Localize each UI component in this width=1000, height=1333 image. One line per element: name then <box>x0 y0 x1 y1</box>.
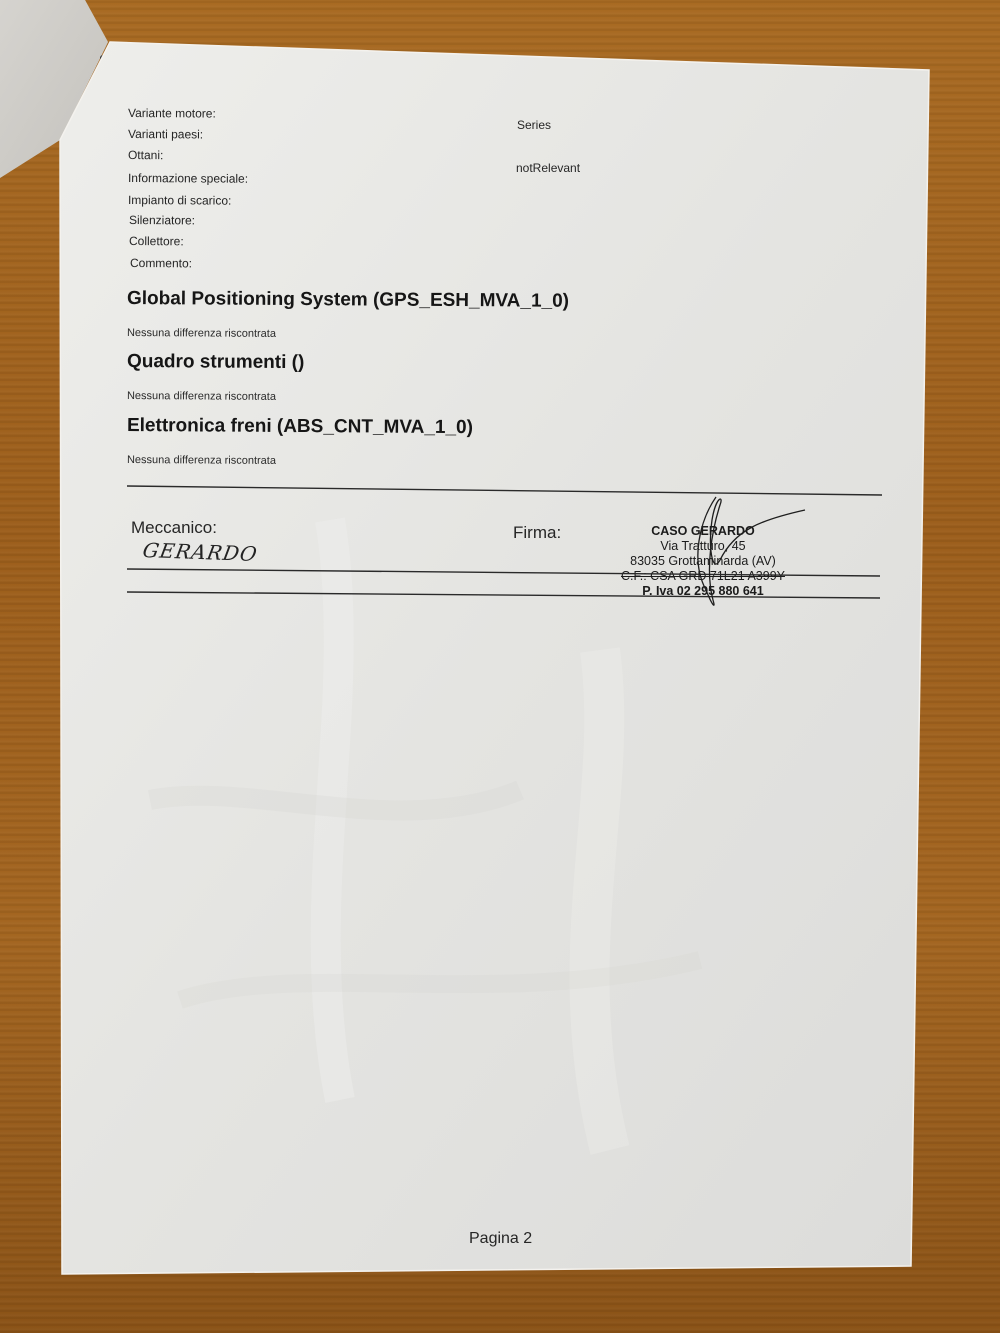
section-note-quadro-strumenti: Nessuna differenza riscontrata <box>127 390 276 403</box>
field-label-commento: Commento: <box>130 256 192 270</box>
mechanic-label: Meccanico: <box>131 518 217 538</box>
signature-label: Firma: <box>513 523 561 543</box>
page-number: Pagina 2 <box>469 1230 532 1248</box>
field-label-collettore: Collettore: <box>129 234 184 248</box>
mechanic-handwritten-name: GERARDO <box>141 538 260 566</box>
field-label-informazione-speciale: Informazione speciale: <box>128 171 248 186</box>
section-note-gps: Nessuna differenza riscontrata <box>127 327 276 340</box>
section-title-quadro-strumenti: Quadro strumenti () <box>127 351 304 374</box>
section-title-elettronica-freni: Elettronica freni (ABS_CNT_MVA_1_0) <box>127 415 473 439</box>
field-label-ottani: Ottani: <box>128 148 163 162</box>
document-page: Variante motore: Varianti paesi: Series … <box>0 0 1000 1333</box>
field-label-impianto-di-scarico: Impianto di scarico: <box>128 193 231 208</box>
field-value-varianti-paesi: Series <box>517 118 551 132</box>
field-value-informazione-speciale: notRelevant <box>516 161 580 175</box>
field-label-silenziatore: Silenziatore: <box>129 213 195 227</box>
field-label-variante-motore: Variante motore: <box>128 106 216 121</box>
stamp-tax-code: C.F.: CSA GRD 71L21 A399Y <box>598 569 808 584</box>
field-label-varianti-paesi: Varianti paesi: <box>128 127 203 141</box>
section-title-gps: Global Positioning System (GPS_ESH_MVA_1… <box>127 288 569 313</box>
section-note-elettronica-freni: Nessuna differenza riscontrata <box>127 454 276 467</box>
stamp-name: CASO GERARDO <box>598 524 808 539</box>
business-stamp: CASO GERARDO Via Tratturo, 45 83035 Grot… <box>598 524 808 599</box>
stamp-vat: P. Iva 02 295 880 641 <box>598 584 808 599</box>
stamp-address: Via Tratturo, 45 <box>598 539 808 554</box>
stamp-city: 83035 Grottaminarda (AV) <box>598 554 808 569</box>
